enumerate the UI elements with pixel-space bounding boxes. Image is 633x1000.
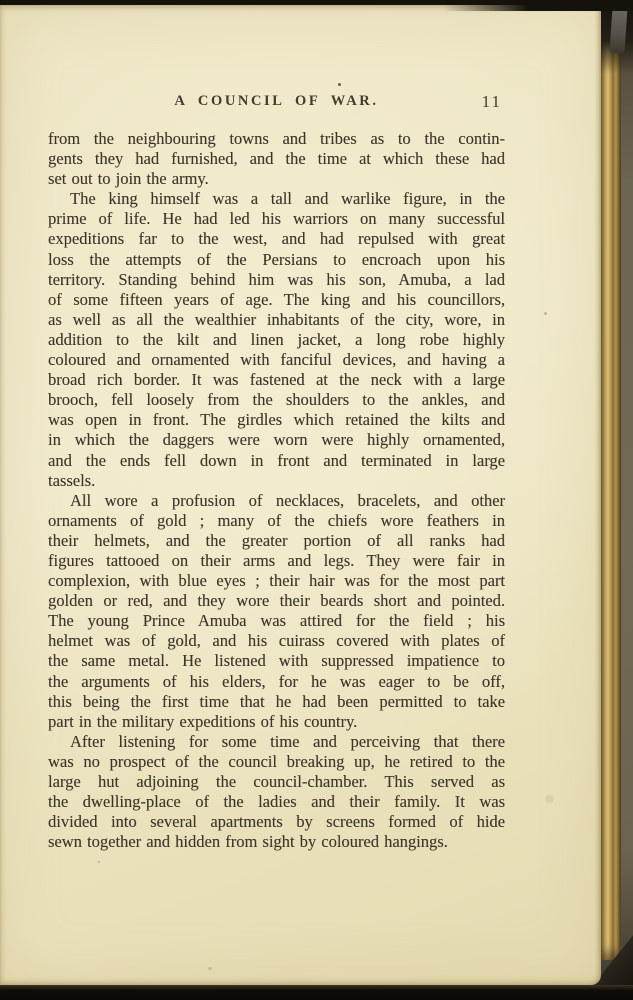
text-line: coloured and ornamented with fanciful de… [48, 350, 505, 370]
print-speck [338, 83, 341, 86]
text-line: golden or red, and they wore their beard… [48, 591, 505, 611]
book-page: A COUNCIL OF WAR. 11 from the neighbouri… [0, 5, 601, 985]
text-line: territory. Standing behind him was his s… [48, 270, 505, 290]
text-line: sewn together and hidden from sight by c… [48, 832, 505, 852]
text-line: The young Prince Amuba was attired for t… [48, 611, 505, 631]
page-number: 11 [482, 92, 502, 112]
text-line: complexion, with blue eyes ; their hair … [48, 571, 505, 591]
text-line: part in the military expeditions of his … [48, 712, 505, 732]
text-line: the dwelling-place of the ladies and the… [48, 792, 505, 812]
paragraph: After listening for some time and percei… [48, 732, 505, 853]
text-line: set out to join the army. [48, 169, 505, 189]
text-line: expeditions far to the west, and had rep… [48, 229, 505, 249]
binding-cloth-patch [609, 7, 627, 54]
text-line: large hut adjoining the council-chamber.… [48, 772, 505, 792]
text-line: The king himself was a tall and warlike … [48, 189, 505, 209]
text-line: of some fifteen years of age. The king a… [48, 290, 505, 310]
text-line: and the ends fell down in front and term… [48, 451, 505, 471]
text-line: in which the daggers were worn were high… [48, 430, 505, 450]
print-speck [544, 312, 547, 315]
text-line: tassels. [48, 471, 505, 491]
text-line: was no prospect of the council breaking … [48, 752, 505, 772]
text-line: the arguments of his elders, for he was … [48, 672, 505, 692]
text-line: ornaments of gold ; many of the chiefs w… [48, 511, 505, 531]
text-column: A COUNCIL OF WAR. 11 from the neighbouri… [48, 93, 505, 852]
scan-border-top-right [443, 0, 633, 11]
book-fore-edge-pages [600, 22, 621, 960]
paper-blemish [545, 795, 554, 803]
text-line: All wore a profusion of necklaces, brace… [48, 491, 505, 511]
text-line: the same metal. He listened with suppres… [48, 651, 505, 671]
text-line: figures tattooed on their arms and legs.… [48, 551, 505, 571]
print-speck [208, 967, 212, 970]
text-line: brooch, fell loosely from the shoulders … [48, 390, 505, 410]
text-line: this being the first time that he had be… [48, 692, 505, 712]
text-line: helmet was of gold, and his cuirass cove… [48, 631, 505, 651]
text-line: broad rich border. It was fastened at th… [48, 370, 505, 390]
text-line: gents they had furnished, and the time a… [48, 149, 505, 169]
paragraph: All wore a profusion of necklaces, brace… [48, 491, 505, 732]
text-line: loss the attempts of the Persians to enc… [48, 250, 505, 270]
text-line: divided into several apartments by scree… [48, 812, 505, 832]
text-line: was open in front. The girdles which ret… [48, 410, 505, 430]
scan-border-bottom [0, 985, 633, 1000]
page-header: A COUNCIL OF WAR. 11 [48, 93, 505, 109]
book-page-scan: A COUNCIL OF WAR. 11 from the neighbouri… [0, 0, 633, 1000]
running-title: A COUNCIL OF WAR. [48, 93, 505, 110]
text-line: addition to the kilt and linen jacket, a… [48, 330, 505, 350]
page-body-text: from the neighbouring towns and tribes a… [48, 129, 505, 852]
paragraph: from the neighbouring towns and tribes a… [48, 129, 505, 189]
text-line: as well as all the wealthier inhabitants… [48, 310, 505, 330]
print-speck [98, 861, 100, 863]
text-line: After listening for some time and percei… [48, 732, 505, 752]
text-line: from the neighbouring towns and tribes a… [48, 129, 505, 149]
text-line: prime of life. He had led his warriors o… [48, 209, 505, 229]
text-line: their helmets, and the greater portion o… [48, 531, 505, 551]
paragraph: The king himself was a tall and warlike … [48, 189, 505, 490]
